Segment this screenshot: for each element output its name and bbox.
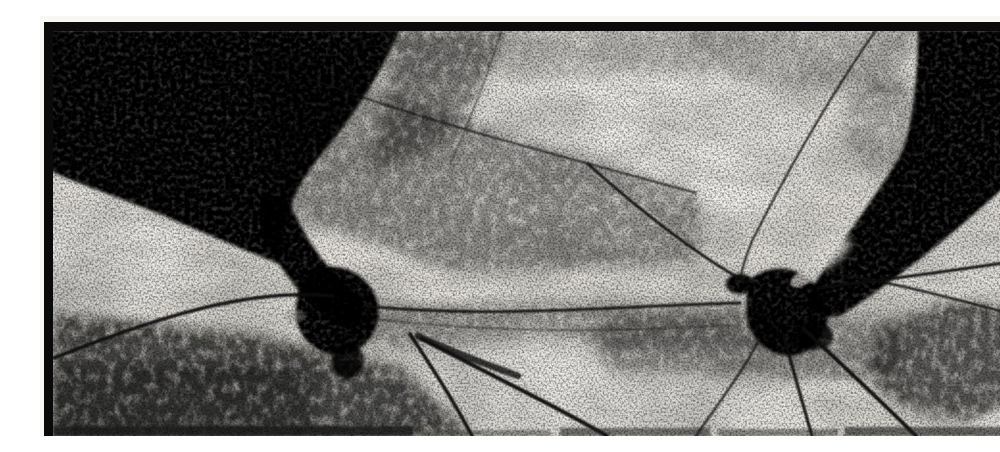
grain-overlay-fine bbox=[40, 16, 1000, 436]
margin-top bbox=[40, 16, 1000, 22]
margin-left bbox=[40, 16, 44, 436]
photo-canvas bbox=[40, 16, 1000, 436]
frame-top-border bbox=[44, 22, 1000, 31]
halftone-insect-photo: Grainy black-and-white halftone photogra… bbox=[40, 16, 1000, 436]
frame-left-border bbox=[44, 22, 53, 436]
